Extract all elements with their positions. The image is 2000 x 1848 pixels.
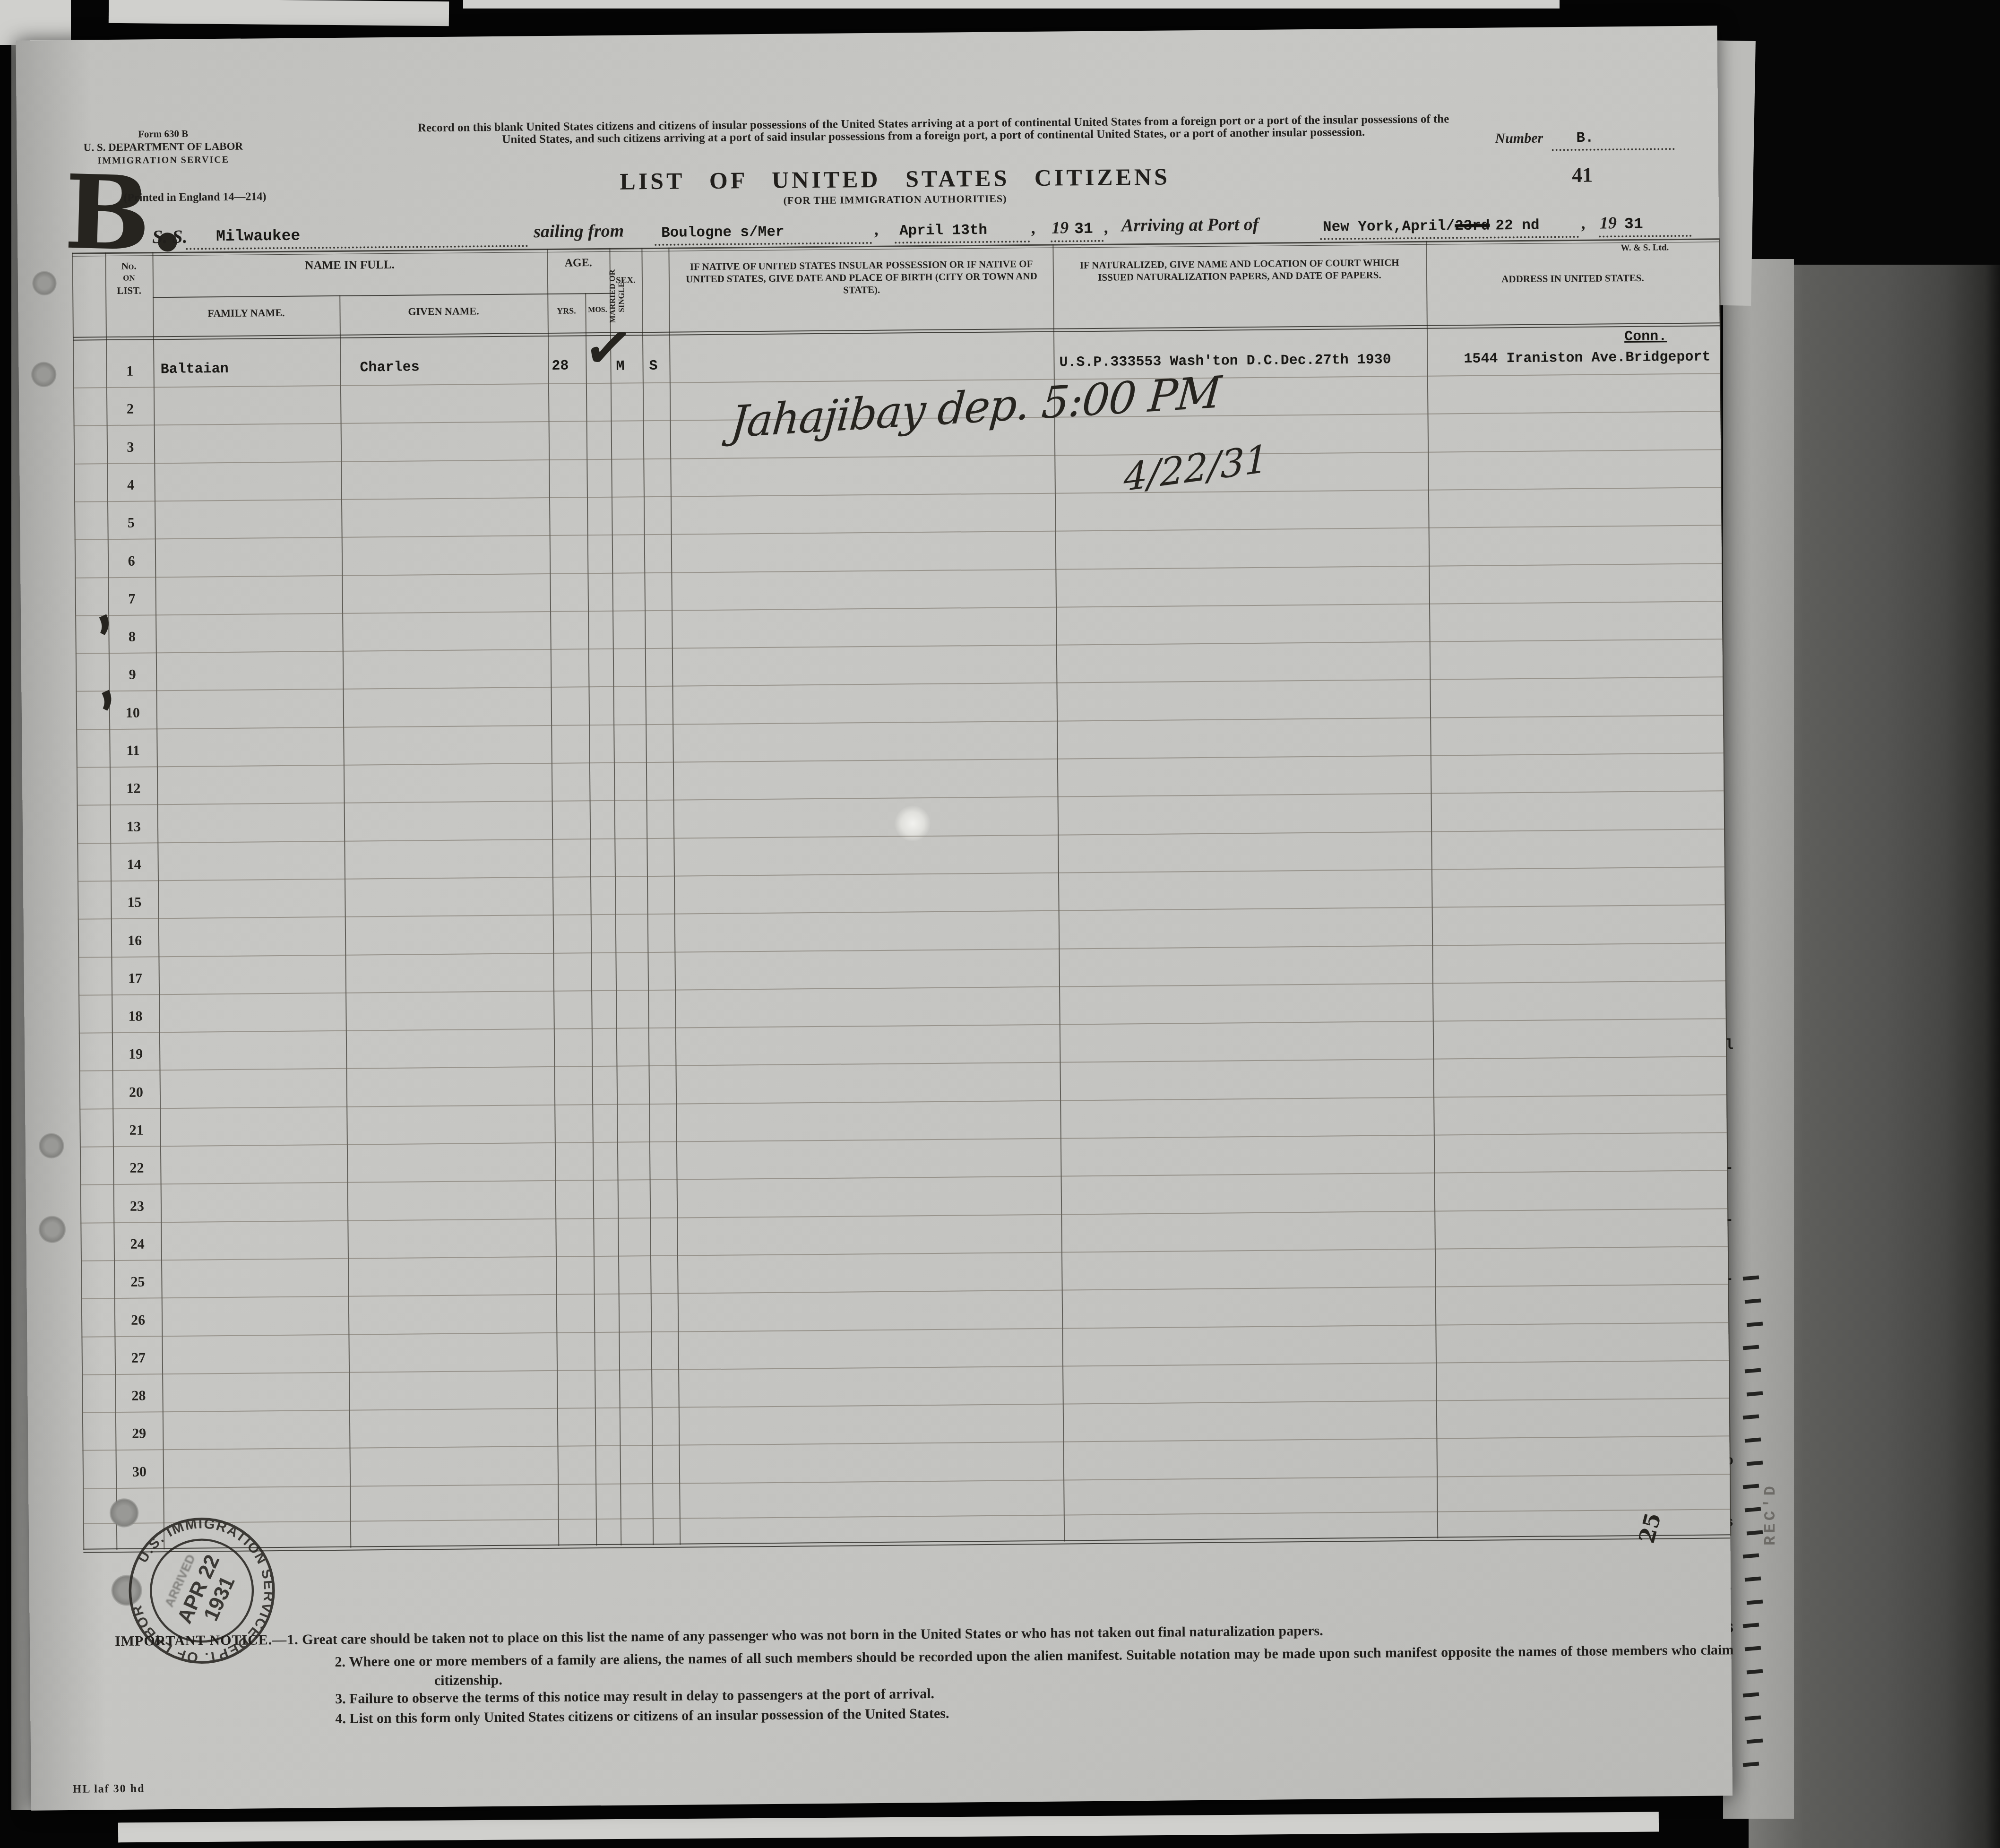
- row-line: [79, 1094, 1726, 1109]
- underlying-page-right-edge: REC'D l---os-S: [1723, 259, 1794, 1819]
- punch-hole: [32, 271, 57, 295]
- col-header-name: NAME IN FULL.: [153, 257, 547, 274]
- binding-tick: [1747, 1669, 1763, 1675]
- row-line: [79, 1056, 1726, 1071]
- handwritten-annotation: Jahajibay dep. 5:00 PM: [729, 367, 1222, 448]
- row-line: [76, 715, 1723, 730]
- departure-port: Boulogne s/Mer: [661, 224, 784, 242]
- col-header-family: FAMILY NAME.: [153, 306, 339, 320]
- grid-hline: [72, 242, 1719, 256]
- row-number: 17: [112, 970, 159, 987]
- table-grid: [16, 26, 1717, 40]
- binding-tick: [1745, 1368, 1761, 1373]
- cell-married: S: [649, 358, 657, 374]
- binding-tick: [1743, 1554, 1759, 1559]
- paper-sliver-bottom: [118, 1812, 1659, 1843]
- grid-hline: [73, 325, 1720, 340]
- printer-mark: W. & S. Ltd.: [1621, 242, 1669, 253]
- row-number: 27: [115, 1350, 162, 1366]
- row-line: [80, 1170, 1727, 1185]
- agency-name: U. S. DEPARTMENT OF LABOR: [73, 139, 253, 154]
- grid-vline: [641, 248, 654, 1545]
- row-number: 24: [114, 1236, 161, 1252]
- binding-tick: [1745, 1716, 1761, 1721]
- rule: [1599, 235, 1691, 238]
- row-number: 19: [112, 1046, 159, 1063]
- row-numbers: 1234567891011121314151617181920212223242…: [16, 26, 1717, 40]
- arrival-year: 31: [1624, 216, 1643, 233]
- paper-sliver: [463, 0, 1560, 9]
- number-value: B.: [1576, 130, 1594, 147]
- manifest-form-page: Form 630 B U. S. DEPARTMENT OF LABOR IMM…: [16, 26, 1733, 1810]
- page-edge-shadow: [16, 40, 107, 1810]
- grid-vline: [1426, 241, 1438, 1538]
- row-number: 2: [106, 401, 154, 418]
- row-line: [80, 1132, 1727, 1147]
- binding-tick: [1745, 1438, 1761, 1443]
- arrival-port: New York,April/23rd22 nd: [1323, 217, 1540, 236]
- punch-holes: [16, 26, 1717, 40]
- grid-vline: [547, 249, 559, 1546]
- punch-hole: [38, 1216, 66, 1244]
- row-line: [75, 525, 1722, 540]
- cell-given-name: Charles: [360, 359, 419, 376]
- row-line: [78, 980, 1725, 995]
- col-header-age: AGE.: [547, 257, 610, 270]
- grid-vline: [668, 248, 681, 1545]
- row-number: 11: [109, 743, 156, 759]
- comma: ,: [1104, 217, 1109, 237]
- ss-label: S. S.: [152, 225, 188, 248]
- grid-hline: [72, 238, 1719, 254]
- col-header-given: GIVEN NAME.: [339, 304, 547, 319]
- col-header-naturalized: IF NATURALIZED, GIVE NAME AND LOCATION O…: [1065, 256, 1414, 284]
- row-1-entries: Baltaian Charles 28 ✓ M S U.S.P.333553 W…: [16, 26, 1717, 40]
- row-number: 18: [112, 1008, 159, 1025]
- binding-tick: [1743, 1623, 1759, 1628]
- comma: ,: [1582, 213, 1586, 233]
- punch-hole: [109, 1498, 139, 1528]
- handwritten-date: 4/22/31: [1123, 436, 1268, 500]
- row-number: 9: [109, 667, 156, 683]
- col-header-address: ADDRESS IN UNITED STATES.: [1436, 272, 1710, 286]
- row-line: [77, 791, 1724, 806]
- col-header-no: No. ON LIST.: [105, 259, 153, 297]
- grid-hline: [73, 322, 1720, 337]
- cell-family-name: Baltaian: [160, 361, 228, 378]
- row-line: [80, 1208, 1727, 1223]
- binding-tick: [1745, 1646, 1761, 1651]
- binding-tick: [1743, 1484, 1759, 1489]
- number-rule: [1552, 148, 1675, 151]
- binding-tick: [1743, 1415, 1759, 1420]
- cell-age-yrs: 28: [552, 358, 569, 374]
- sailing-from-label: sailing from: [534, 221, 624, 242]
- row-line: [82, 1360, 1729, 1375]
- binding-tick: [1747, 1600, 1763, 1605]
- row-line: [81, 1246, 1728, 1261]
- grid-hline: [83, 1534, 1730, 1549]
- ship-name: Milwaukee: [216, 227, 301, 246]
- row-line: [75, 601, 1722, 616]
- form-number: Form 630 B: [73, 126, 253, 141]
- struck-date: 23rd: [1455, 218, 1490, 235]
- row-line: [73, 373, 1720, 388]
- row-line: [77, 752, 1724, 768]
- grid-vline: [585, 293, 597, 1546]
- rule: [1051, 240, 1103, 242]
- row-line: [74, 449, 1721, 464]
- row-number: 21: [112, 1122, 160, 1139]
- binding-tick: [1745, 1577, 1761, 1582]
- row-number: 28: [115, 1388, 162, 1404]
- row-line: [79, 1018, 1726, 1033]
- cell-naturalization: U.S.P.333553 Wash'ton D.C.Dec.27th 1930: [1059, 352, 1391, 371]
- row-number: 26: [114, 1312, 162, 1329]
- row-number: 14: [111, 856, 158, 873]
- paper-sliver: [109, 0, 449, 26]
- row-line: [81, 1322, 1728, 1337]
- binding-tick: [1743, 1762, 1759, 1767]
- row-number: 30: [116, 1464, 163, 1480]
- binding-tick: [1747, 1530, 1763, 1536]
- sailing-year: 31: [1074, 220, 1093, 238]
- binding-tick: [1747, 1739, 1763, 1744]
- punch-hole: [39, 1133, 64, 1158]
- row-number: 12: [110, 781, 157, 797]
- binding-tick: [1745, 1507, 1761, 1512]
- row-line: [74, 487, 1721, 502]
- cell-address-state: Conn.: [1624, 328, 1667, 345]
- recd-stamp-text: REC'D: [1762, 1483, 1780, 1546]
- arrival-date: 22 nd: [1495, 217, 1539, 234]
- sheet-note-25: 25: [1634, 1510, 1666, 1546]
- row-number: 29: [115, 1426, 163, 1442]
- backing-dark-corner: [1720, 0, 2000, 265]
- native-check-mark: ✓: [579, 311, 638, 385]
- row-number: 4: [107, 477, 155, 493]
- arrival-date-stamp: U.S. IMMIGRATION SERVICE DEPT. OF LABOR …: [111, 1500, 293, 1682]
- rule: [655, 242, 872, 246]
- row-line: [83, 1474, 1730, 1489]
- binding-tick: [1747, 1391, 1763, 1397]
- year-prefix: 19: [1052, 217, 1069, 237]
- row-number: 13: [110, 819, 157, 835]
- important-notice: IMPORTANT NOTICE.—1. Great care should b…: [16, 26, 1717, 40]
- row-number: 6: [108, 553, 155, 570]
- number-label: Number: [1495, 130, 1543, 147]
- voyage-line: S. S. Milwaukee sailing from Boulogne s/…: [16, 26, 1717, 40]
- binding-tick: [1747, 1461, 1763, 1466]
- binding-tick: [1745, 1299, 1761, 1304]
- row-number: 25: [114, 1274, 161, 1290]
- comma: ,: [875, 219, 879, 239]
- year-prefix: 19: [1600, 213, 1617, 233]
- row-line: [78, 942, 1725, 958]
- col-header-birth: IF NATIVE OF UNITED STATES INSULAR POSSE…: [680, 258, 1044, 298]
- row-number: 23: [113, 1198, 161, 1215]
- row-line: [82, 1398, 1729, 1413]
- binding-tick: [1743, 1276, 1759, 1281]
- row-line: [76, 677, 1723, 692]
- grid-vline: [1052, 244, 1065, 1542]
- sailing-date: April 13th: [899, 222, 987, 240]
- grid-hline: [83, 1537, 1730, 1553]
- row-number: 15: [111, 894, 158, 911]
- paper-sliver: [0, 0, 71, 45]
- row-line: [81, 1284, 1728, 1299]
- binding-tick: [1743, 1345, 1759, 1350]
- rule: [1320, 236, 1579, 240]
- row-line: [76, 639, 1723, 654]
- grid-vline: [609, 248, 621, 1546]
- row-line: [78, 866, 1724, 881]
- row-number: 3: [107, 439, 154, 456]
- cell-address: 1544 Iraniston Ave.Bridgeport: [1464, 349, 1710, 368]
- row-line: [78, 904, 1725, 919]
- punch-hole: [31, 362, 56, 387]
- row-number: 22: [113, 1160, 160, 1176]
- row-number: 1: [106, 363, 153, 380]
- row-line: [83, 1436, 1730, 1451]
- grid-hline: [153, 293, 610, 298]
- col-header-yrs: YRS.: [547, 306, 585, 316]
- row-number: 5: [107, 515, 155, 531]
- instruction-paragraph: Record on this blank United States citiz…: [399, 113, 1467, 147]
- rule: [895, 241, 1030, 243]
- notice-item-1: Great care should be taken not to place …: [302, 1623, 1323, 1648]
- comma: ,: [1032, 218, 1036, 238]
- row-line: [83, 1509, 1730, 1524]
- row-number: 7: [108, 591, 155, 607]
- scanned-manifest-photo: REC'D l---os-S MILWAUKEE Form 630 B U. S…: [0, 0, 2000, 1848]
- notice-label: IMPORTANT NOTICE.—1.: [115, 1632, 299, 1649]
- arrival-port-prefix: New York,April/: [1323, 218, 1455, 235]
- row-number: 20: [112, 1084, 160, 1101]
- grid-vline: [339, 295, 351, 1548]
- print-code: HL laf 30 hd: [73, 1783, 145, 1796]
- cell-sex: M: [616, 359, 624, 375]
- row-line: [75, 563, 1722, 578]
- arriving-label: Arriving at Port of: [1121, 214, 1259, 236]
- binding-tick: [1747, 1322, 1763, 1327]
- binding-tick: [1743, 1693, 1759, 1698]
- row-number: 16: [111, 933, 158, 949]
